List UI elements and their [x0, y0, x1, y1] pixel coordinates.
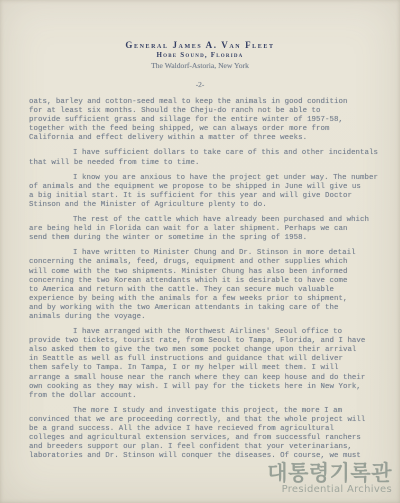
paragraph: oats, barley and cotton-seed meal to kee… [29, 98, 378, 143]
paragraph: The more I study and investigate this pr… [29, 407, 378, 462]
presidential-archives-watermark: 대통령기록관 Presidential Archives [267, 462, 392, 496]
letterhead-address: Hobe Sound, Florida [0, 51, 400, 60]
letter-body: oats, barley and cotton-seed meal to kee… [0, 98, 400, 461]
paragraph: I have arranged with the Northwest Airli… [29, 328, 378, 401]
page-number: -2- [0, 80, 400, 89]
watermark-english-text: Presidential Archives [267, 484, 392, 496]
paragraph: I know you are anxious to have the proje… [29, 174, 378, 210]
typed-location: The Waldorf-Astoria, New York [0, 61, 400, 70]
paragraph: I have written to Minister Chung and Dr.… [29, 249, 378, 322]
letterhead-name: General James A. Van Fleet [0, 40, 400, 50]
watermark-korean-text: 대통령기록관 [267, 462, 392, 484]
paragraph: I have sufficient dollars to take care o… [29, 149, 378, 167]
letter-page: General James A. Van Fleet Hobe Sound, F… [0, 0, 400, 503]
paragraph: The rest of the cattle which have alread… [29, 216, 378, 243]
letterhead: General James A. Van Fleet Hobe Sound, F… [0, 0, 400, 89]
